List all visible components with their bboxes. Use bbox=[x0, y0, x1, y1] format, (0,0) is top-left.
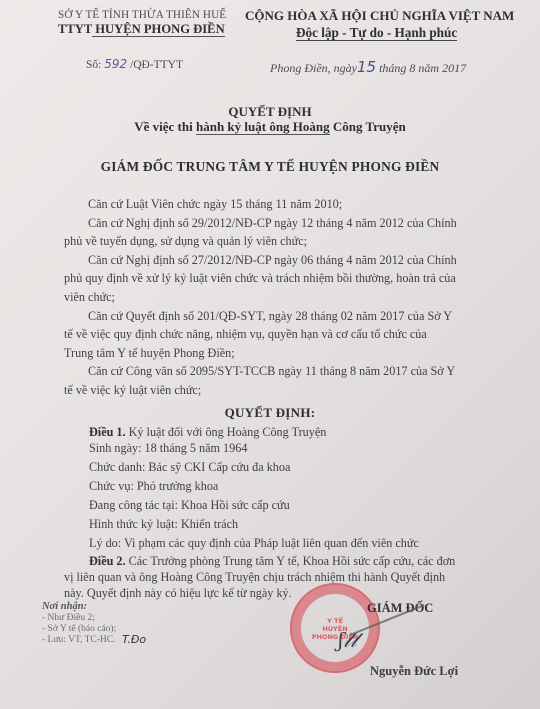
recipients-title: Nơi nhận: bbox=[42, 601, 87, 612]
recipient-item: - Như Điều 2; bbox=[42, 613, 95, 623]
preamble-line: Căn cứ Quyết định số 201/QĐ-SYT, ngày 28… bbox=[88, 309, 452, 324]
article-2-label: Điều 2. bbox=[89, 554, 126, 568]
article-1-heading: Điều 1. Kỷ luật đối với ông Hoàng Công T… bbox=[89, 425, 326, 440]
preamble-line: Trung tâm Y tế huyện Phong Điền; bbox=[64, 346, 235, 361]
preamble-line: Căn cứ Luật Viên chức ngày 15 tháng 11 n… bbox=[88, 197, 342, 212]
article-1-detail: Lý do: Vi phạm các quy định của Pháp luậ… bbox=[89, 536, 419, 551]
document-date: Phong Điền, ngày15 tháng 8 năm 2017 bbox=[270, 58, 466, 76]
preamble-line: phủ quy định về xử lý kỷ luật viên chức … bbox=[64, 271, 456, 286]
article-1-detail: Hình thức kỷ luật: Khiển trách bbox=[89, 517, 238, 532]
article-1-text: Kỷ luật đối với ông Hoàng Công Truyện bbox=[126, 425, 327, 439]
article-2-text-1: Các Trưởng phòng Trung tâm Y tế, Khoa Hồ… bbox=[126, 554, 456, 568]
preamble-line: tế về việc quy định chức năng, nhiệm vụ,… bbox=[64, 327, 427, 342]
unit-rest: HUYỆN PHONG ĐIỀN bbox=[92, 22, 225, 37]
preamble-line: tế về việc kỷ luật viên chức; bbox=[64, 383, 201, 398]
preamble-line: Căn cứ Nghị định số 29/2012/NĐ-CP ngày 1… bbox=[88, 216, 457, 231]
preamble-line: Căn cứ Công văn số 2095/SYT-TCCB ngày 11… bbox=[88, 364, 455, 379]
article-2-line-1: Điều 2. Các Trưởng phòng Trung tâm Y tế,… bbox=[89, 554, 455, 569]
decision-heading: QUYẾT ĐỊNH: bbox=[0, 405, 540, 421]
date-suffix: tháng 8 năm 2017 bbox=[376, 61, 466, 75]
date-day-handwritten: 15 bbox=[357, 58, 376, 76]
preamble-line: phủ về tuyển dụng, sử dụng và quản lý vi… bbox=[64, 234, 307, 249]
unit-prefix: TTYT bbox=[58, 22, 92, 36]
document-subject: Về việc thi hành kỷ luật ông Hoàng Công … bbox=[0, 119, 540, 135]
number-suffix: /QĐ-TTYT bbox=[127, 59, 183, 71]
subject-part-3: Công Truyện bbox=[330, 119, 406, 134]
document-page: SỞ Y TẾ TỈNH THỪA THIÊN HUẾ TTYT HUYỆN P… bbox=[0, 0, 540, 709]
stamp-line-3: PHONG ĐIỀN bbox=[292, 633, 378, 641]
national-motto: Độc lập - Tự do - Hạnh phúc bbox=[296, 25, 457, 41]
number-label: Số: bbox=[86, 59, 104, 71]
unit-name: TTYT HUYỆN PHONG ĐIỀN bbox=[58, 22, 225, 37]
article-1-detail: Chức danh: Bác sỹ CKI Cấp cứu đa khoa bbox=[89, 460, 290, 475]
country-name: CỘNG HÒA XÃ HỘI CHỦ NGHĨA VIỆT NAM bbox=[245, 8, 514, 24]
clerk-initials-handwritten: T.Đo bbox=[122, 633, 146, 646]
motto-text: Độc lập - Tự do - Hạnh phúc bbox=[296, 25, 457, 41]
article-1-detail: Đang công tác tại: Khoa Hồi sức cấp cứu bbox=[89, 498, 290, 513]
article-1-detail: Chức vụ: Phó trưởng khoa bbox=[89, 479, 218, 494]
article-2-line-2: vị liên quan và ông Hoàng Công Truyện ch… bbox=[64, 570, 445, 585]
document-title: QUYẾT ĐỊNH bbox=[0, 104, 540, 120]
agency-name: SỞ Y TẾ TỈNH THỪA THIÊN HUẾ bbox=[58, 9, 226, 21]
signer-name: Nguyễn Đức Lợi bbox=[370, 664, 458, 679]
subject-part-underlined: hành kỷ luật ông Hoàng bbox=[196, 119, 330, 135]
issuer-title: GIÁM ĐỐC TRUNG TÂM Y TẾ HUYỆN PHONG ĐIỀN bbox=[0, 159, 540, 175]
recipient-item: - Lưu: VT, TC-HC. bbox=[42, 635, 116, 645]
stamp-line-1: Y TẾ bbox=[292, 617, 378, 625]
recipient-item: - Sở Y tế (báo cáo); bbox=[42, 624, 116, 634]
article-1-label: Điều 1. bbox=[89, 425, 126, 439]
preamble-line: Căn cứ Nghị định số 27/2012/NĐ-CP ngày 0… bbox=[88, 253, 457, 268]
article-2-line-3: này. Quyết định này có hiệu lực kể từ ng… bbox=[64, 586, 292, 601]
preamble-line: viên chức; bbox=[64, 290, 115, 305]
date-prefix: Phong Điền, ngày bbox=[270, 61, 357, 75]
document-number: Số: 592 /QĐ-TTYT bbox=[86, 57, 183, 71]
number-handwritten: 592 bbox=[104, 57, 127, 71]
subject-part-1: Về việc thi bbox=[134, 119, 196, 134]
article-1-detail: Sinh ngày: 18 tháng 5 năm 1964 bbox=[89, 441, 247, 456]
